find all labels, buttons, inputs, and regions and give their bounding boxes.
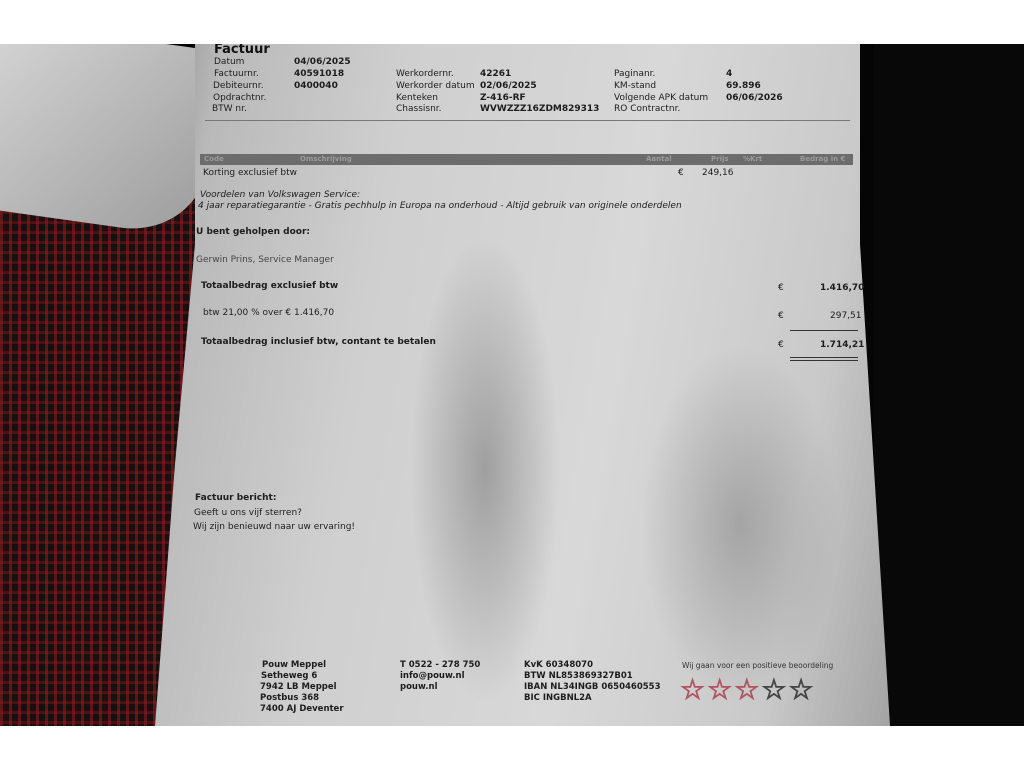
line-description: Korting exclusief btw: [203, 168, 297, 178]
benefits-text: 4 jaar reparatiegarantie - Gratis pechhu…: [198, 201, 682, 211]
helped-by: Gerwin Prins, Service Manager: [196, 255, 334, 265]
total-incl-label: Totaalbedrag inclusief btw, contant te b…: [201, 337, 436, 347]
footer-kvk: KvK 60348070: [524, 660, 593, 670]
message-line: Geeft u ons vijf sterren?: [194, 508, 302, 518]
footer-address-line: Setheweg 6: [261, 671, 317, 681]
total-excl-value: 1.416,70: [820, 283, 864, 293]
column-header-amount: Bedrag in €: [800, 154, 845, 165]
footer-website: pouw.nl: [400, 682, 437, 692]
meta-value: 0400040: [294, 81, 338, 91]
table-header: Code Omschrijving Aantal Prijs %Krt Bedr…: [200, 154, 853, 165]
meta-label: KM-stand: [614, 81, 656, 91]
footer-address-line: Postbus 368: [260, 693, 319, 703]
meta-label: Kenteken: [396, 93, 438, 103]
footer-address-line: 7400 AJ Deventer: [260, 704, 344, 714]
footer-bic: BIC INGBNL2A: [524, 693, 592, 703]
total-double-rule: [790, 360, 858, 361]
meta-label: RO Contractnr.: [614, 104, 680, 114]
meta-value: 02/06/2025: [480, 81, 537, 91]
dark-background: [874, 44, 1024, 726]
subtotal-rule: [790, 330, 858, 331]
meta-label: BTW nr.: [212, 104, 247, 114]
footer-phone: T 0522 - 278 750: [400, 660, 480, 670]
star-icon: ☆: [707, 676, 732, 704]
total-excl-label: Totaalbedrag exclusief btw: [201, 281, 338, 291]
message-title: Factuur bericht:: [195, 493, 276, 503]
helped-by-label: U bent geholpen door:: [196, 227, 310, 237]
meta-label: Chassisnr.: [396, 104, 442, 114]
meta-value: WVWZZZ16ZDM829313: [480, 104, 599, 114]
meta-label: Volgende APK datum: [614, 93, 708, 103]
column-header-price: Prijs: [711, 154, 729, 165]
total-double-rule: [790, 357, 858, 358]
benefits-title: Voordelen van Volkswagen Service:: [200, 190, 360, 200]
shadow: [640, 344, 840, 704]
footer-iban: IBAN NL34INGB 0650460553: [524, 682, 661, 692]
meta-label: Datum: [214, 57, 244, 67]
vat-label: btw 21,00 % over € 1.416,70: [203, 308, 334, 318]
total-incl-currency: €: [778, 340, 784, 350]
vat-value: 297,51: [830, 311, 862, 321]
shadow: [410, 234, 560, 704]
star-icon: ☆: [761, 676, 786, 704]
line-currency: €: [678, 168, 684, 178]
meta-label: Paginanr.: [614, 69, 655, 79]
column-header-code: Code: [204, 154, 224, 165]
invoice-photo: Factuur Datum 04/06/2025 Factuurnr. 4059…: [0, 44, 1024, 726]
meta-label: Werkordernr.: [396, 69, 454, 79]
meta-value: 69.896: [726, 81, 761, 91]
rating-text: Wij gaan voor een positieve beoordeling: [682, 661, 833, 670]
meta-label: Debiteurnr.: [213, 81, 263, 91]
star-icon: ☆: [734, 676, 759, 704]
star-icon: ☆: [788, 676, 813, 704]
line-price: 249,16: [702, 168, 734, 178]
meta-label: Werkorder datum: [396, 81, 475, 91]
meta-value: 04/06/2025: [294, 57, 351, 67]
other-paper-corner: [0, 44, 210, 240]
column-header-quantity: Aantal: [646, 154, 672, 165]
total-excl-currency: €: [778, 283, 784, 293]
meta-label: Factuurnr.: [214, 69, 259, 79]
document-title: Factuur: [214, 44, 270, 57]
vat-currency: €: [778, 311, 784, 321]
footer-email: info@pouw.nl: [400, 671, 464, 681]
star-icon: ☆: [680, 676, 705, 704]
footer-address-line: Pouw Meppel: [262, 660, 326, 670]
footer-address-line: 7942 LB Meppel: [260, 682, 337, 692]
rating-stars: ☆☆☆☆☆: [680, 676, 814, 704]
divider: [205, 120, 850, 121]
meta-label: Opdrachtnr.: [213, 93, 266, 103]
meta-value: Z-416-RF: [480, 93, 526, 103]
meta-value: 06/06/2026: [726, 93, 783, 103]
total-incl-value: 1.714,21: [820, 340, 864, 350]
meta-value: 40591018: [294, 69, 344, 79]
column-header-discount: %Krt: [743, 154, 762, 165]
message-line: Wij zijn benieuwd naar uw ervaring!: [193, 522, 355, 532]
meta-value: 42261: [480, 69, 511, 79]
meta-value: 4: [726, 69, 732, 79]
column-header-description: Omschrijving: [300, 154, 352, 165]
footer-btw: BTW NL853869327B01: [524, 671, 633, 681]
